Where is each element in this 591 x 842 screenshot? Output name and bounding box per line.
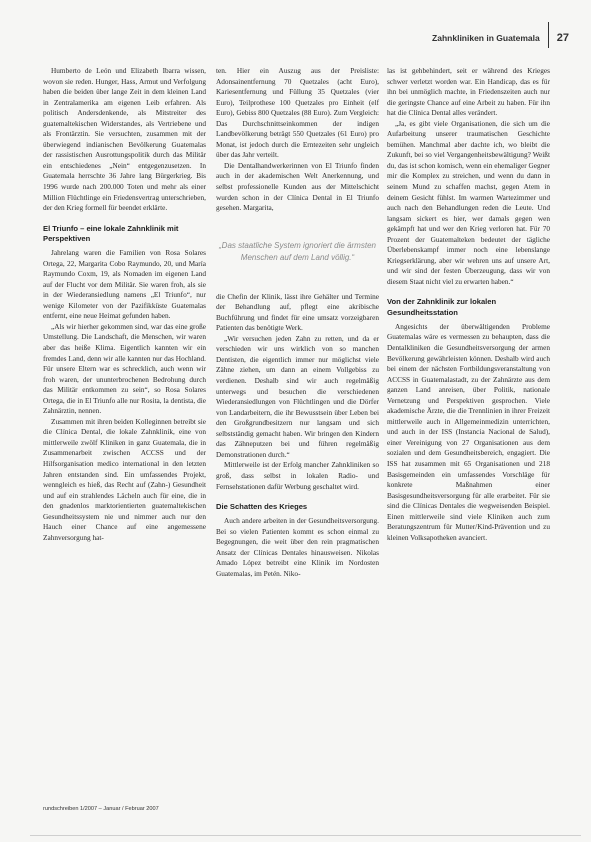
pull-quote: „Das staatliche System ignoriert die ärm…	[216, 240, 379, 264]
column-1: Humberto de León und Elizabeth Ibarra wi…	[43, 66, 206, 543]
paragraph: „Als wir hierher gekommen sind, war das …	[43, 322, 206, 417]
running-title: Zahnkliniken in Guatemala	[432, 33, 540, 43]
paragraph: Zusammen mit ihren beiden Kolleginnen be…	[43, 417, 206, 544]
section-heading: El Triunfo – eine lokale Zahnklinik mit …	[43, 224, 206, 244]
paragraph: Humberto de León und Elizabeth Ibarra wi…	[43, 66, 206, 214]
page-footer: rundschreiben 1/2007 – Januar / Februar …	[43, 806, 159, 812]
paragraph: ten. Hier ein Auszug aus der Preisliste:…	[216, 66, 379, 161]
section-heading: Von der Zahnklinik zur lokalen Gesundhei…	[387, 297, 550, 317]
column-2: ten. Hier ein Auszug aus der Preisliste:…	[216, 66, 379, 580]
header-divider	[548, 22, 549, 48]
paragraph: Angesichts der überwältigenden Probleme …	[387, 322, 550, 543]
paragraph: las ist gehbehindert, seit er während de…	[387, 66, 550, 119]
section-heading: Die Schatten des Krieges	[216, 502, 379, 512]
scan-edge	[30, 835, 581, 836]
paragraph: „Wir versuchen jeden Zahn zu retten, und…	[216, 334, 379, 461]
paragraph: Auch andere arbeiten in der Gesundheitsv…	[216, 516, 379, 579]
page-header: Zahnkliniken in Guatemala 27	[432, 28, 569, 48]
magazine-page: Zahnkliniken in Guatemala 27 Humberto de…	[0, 0, 591, 842]
page-number: 27	[557, 32, 569, 44]
column-3: las ist gehbehindert, seit er während de…	[387, 66, 550, 543]
paragraph: die Chefin der Klinik, lässt ihre Gehält…	[216, 292, 379, 334]
paragraph: Die Dentalhandwerkerinnen von El Triunfo…	[216, 161, 379, 214]
paragraph: Mittlerweile ist der Erfolg mancher Zahn…	[216, 460, 379, 492]
paragraph: Jahrelang waren die Familien von Rosa So…	[43, 248, 206, 322]
paragraph: „Ja, es gibt viele Organisationen, die s…	[387, 119, 550, 288]
